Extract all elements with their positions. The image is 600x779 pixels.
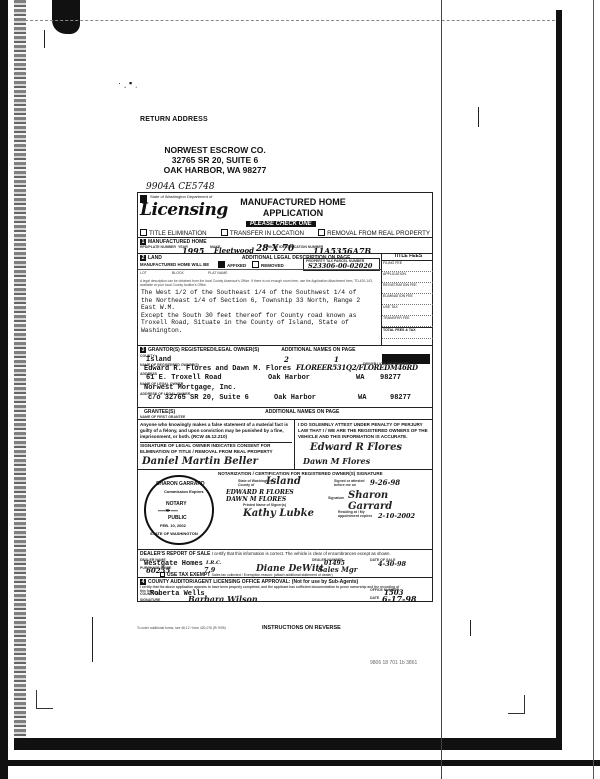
section-number: 3	[140, 347, 146, 353]
title-fees-column: TITLE FEES FILING FEE APPLICATION REGIST…	[381, 253, 433, 345]
signature-section: Anyone who knowingly makes a false state…	[138, 419, 432, 470]
form-footer-note: To order additional forms, see 46.12 / f…	[137, 626, 226, 630]
checkbox[interactable]	[318, 229, 325, 236]
owner-value: Edward R. Flores and Dawn M. Flores	[144, 365, 291, 373]
option-removal[interactable]: REMOVAL FROM REAL PROPERTY	[318, 229, 430, 237]
affixed-option[interactable]: AFFIXED	[218, 261, 246, 268]
additional-names-label: ADDITIONAL NAMES ON PAGE	[265, 409, 339, 415]
field-label: BLOCK	[172, 271, 184, 275]
legal-owner-value: Norwest Mortgage, Inc.	[144, 384, 236, 392]
legal-line: The West 1/2 of the Southeast 1/4 of the…	[141, 289, 377, 297]
fee-item: APPLICATION	[382, 272, 433, 283]
notary-county: Island	[266, 476, 301, 487]
form-title-line2: APPLICATION	[228, 208, 358, 219]
crop-mark	[508, 695, 525, 714]
reference-number: 9904A CE5748	[146, 182, 215, 192]
divider	[294, 420, 295, 470]
signer-name: DAWN M FLORES	[226, 496, 286, 503]
section-title: LAND	[148, 255, 162, 261]
crop-mark	[44, 30, 45, 48]
section-number: 2	[140, 255, 146, 261]
scan-top-line	[20, 20, 560, 22]
lot-block-row: LOT BLOCK PLAT NAME	[138, 269, 381, 278]
county-approval-section: 4COUNTY AUDITOR/AGENT LICENSING OFFICE A…	[138, 577, 432, 602]
scan-specks: · ˏ ▪ ˌ	[118, 78, 138, 88]
legal-state-value: WA	[358, 394, 366, 402]
form-title: MANUFACTURED HOME APPLICATION	[228, 197, 358, 219]
title-fees-header: TITLE FEES	[382, 253, 433, 261]
seal-state: STATE OF WASHINGTON	[150, 531, 198, 536]
field-label: Signature	[328, 496, 344, 500]
checkbox[interactable]	[252, 261, 259, 268]
removed-option[interactable]: REMOVED	[252, 261, 284, 268]
recording-stamp: 9806 18 701 1b 3861	[370, 660, 417, 666]
agency-logo-text: Licensing	[140, 200, 220, 220]
option-transfer-location[interactable]: TRANSFER IN LOCATION	[221, 229, 304, 237]
legal-city-value: Oak Harbor	[274, 394, 316, 402]
manufactured-home-application-form: State of Washington Department of Licens…	[137, 192, 433, 602]
fee-total: TOTAL FEES & TAX	[382, 327, 433, 339]
scan-frame-right	[556, 10, 562, 740]
perjury-warning: Anyone who knowingly makes a false state…	[140, 422, 292, 440]
option-label: TITLE ELIMINATION	[149, 230, 207, 237]
attest-statement: I DO SOLEMNLY ATTEST UNDER PENALTY OF PE…	[298, 422, 430, 440]
option-label: TRANSFER IN LOCATION	[230, 230, 304, 237]
fee-item: REGISTRATION FEE	[382, 283, 433, 294]
field-label: Printed Name of Signer(s)	[243, 503, 286, 507]
owner1-signature: Edward R Flores	[310, 442, 402, 453]
witness-signature: Kathy Lubke	[243, 508, 314, 519]
city-value: Oak Harbor	[268, 374, 310, 382]
dealer-report-section: DEALER'S REPORT OF SALE I certify that t…	[138, 549, 432, 578]
crop-mark	[36, 690, 53, 709]
fee-item: ELIMINATION FEE	[382, 294, 433, 305]
crop-mark	[470, 620, 471, 636]
section-title: GRANTOR(S) REGISTERED/LEGAL OWNER(S)	[148, 347, 259, 353]
field-label: DATE	[370, 596, 379, 600]
seal-pen-icon: —✒—	[158, 507, 178, 515]
legal-instruction: A legal description can be obtained from…	[140, 279, 378, 287]
field-label: LOT	[140, 271, 147, 275]
dealer-header: DEALER'S REPORT OF SALE I certify that t…	[140, 551, 391, 557]
consent-statement: SIGNATURE OF LEGAL OWNER INDICATES CONSE…	[140, 442, 292, 455]
scan-edge-bottom	[0, 760, 600, 766]
agency-name: State of Washington Department of	[150, 195, 220, 199]
scan-blot	[52, 0, 80, 34]
notarization-section: NOTARIZATION / CERTIFICATION FOR REGISTE…	[138, 469, 432, 550]
fee-item: TRANSFER FEE	[382, 316, 433, 327]
option-label: REMOVED	[261, 263, 284, 268]
return-address: NORWEST ESCROW CO. 32765 SR 20, SUITE 6 …	[150, 145, 280, 175]
approval-date: 6-17-98	[382, 594, 416, 604]
address-value: 61 E. Troxell Road	[146, 374, 222, 382]
form-title-line1: MANUFACTURED HOME	[228, 197, 358, 208]
scan-edge-left	[0, 0, 8, 779]
legal-line: Washington.	[141, 327, 377, 335]
state-value: WA	[356, 374, 364, 382]
return-address-line: OAK HARBOR, WA 98277	[150, 165, 280, 175]
checkbox-checked[interactable]	[218, 261, 225, 268]
zip-value: 98277	[380, 374, 401, 382]
option-title-elimination[interactable]: TITLE ELIMINATION	[140, 229, 207, 237]
legal-description: The West 1/2 of the Southeast 1/4 of the…	[141, 289, 377, 335]
field-label: Signed or attested before me on	[334, 479, 374, 487]
auditor-signature: Barbara Wilson	[188, 594, 258, 604]
will-be-label: MANUFACTURED HOME WILL BE	[140, 262, 209, 267]
notary-seal: SHARON GARRARD Commission Expires NOTARY…	[144, 475, 214, 545]
checkbox[interactable]	[140, 229, 147, 236]
fee-item: FILING FEE	[382, 261, 433, 272]
owner2-signature: Dawn M Flores	[303, 456, 370, 466]
legal-line: Troxell Road, Situate in the County of I…	[141, 319, 377, 327]
return-address-line: NORWEST ESCROW CO.	[150, 145, 280, 155]
dealer-statement: I certify that this information is corre…	[212, 551, 391, 556]
option-label: AFFIXED	[227, 263, 246, 268]
field-label: PLAT NAME	[208, 271, 228, 275]
checkbox[interactable]	[221, 229, 228, 236]
commission-date: 2-10-2002	[378, 512, 415, 520]
application-type-options: TITLE ELIMINATION TRANSFER IN LOCATION R…	[140, 229, 430, 237]
legal-owner-signature: Daniel Martin Beller	[142, 456, 258, 467]
field-label: Residing at / My appointment expires	[338, 510, 378, 518]
seal-date: FEB. 10, 2002	[160, 523, 186, 528]
seal-public: PUBLIC	[168, 515, 187, 521]
crop-mark	[478, 107, 479, 127]
section-manufactured-home: 1MANUFACTURED HOME RPD/PLATE NUMBER YEAR…	[138, 237, 432, 254]
return-address-line: 32765 SR 20, SUITE 6	[150, 155, 280, 165]
page-value: 2	[284, 355, 289, 364]
legal-line: Except the South 30 feet thereof for Cou…	[141, 312, 377, 320]
fold-line	[441, 0, 442, 779]
page-edge-right	[593, 0, 594, 779]
return-address-label: RETURN ADDRESS	[140, 116, 208, 123]
crop-mark	[92, 617, 93, 662]
legal-line: the Northeast 1/4 of Section 6, Township…	[141, 297, 377, 305]
seal-name: SHARON GARRARD	[156, 481, 205, 487]
legal-zip-value: 98277	[390, 394, 411, 402]
instructions-note: INSTRUCTIONS ON REVERSE	[262, 625, 341, 631]
seal-commission: Commission Expires	[164, 489, 204, 494]
licensing-logo: State of Washington Department of Licens…	[140, 195, 220, 223]
scan-frame-bottom	[14, 738, 562, 750]
scan-barcode-strip	[14, 0, 26, 740]
check-one-banner: PLEASE CHECK ONE	[246, 221, 316, 227]
field-label: SIGNATURE	[140, 598, 160, 602]
additional-names-label: ADDITIONAL NAMES ON PAGE	[281, 347, 355, 353]
option-label: REMOVAL FROM REAL PROPERTY	[327, 230, 430, 237]
sale-date-value: 4-30-98	[378, 560, 406, 568]
dealer-title: DEALER'S REPORT OF SALE	[140, 551, 210, 557]
section-grantors: 3GRANTOR(S) REGISTERED/LEGAL OWNER(S)ADD…	[138, 345, 432, 408]
signer-name: EDWARD R FLORES	[226, 489, 294, 496]
fee-item: USE TAX	[382, 305, 433, 316]
field-label: RPD/PLATE NUMBER	[140, 245, 176, 249]
legal-line: East W.M.	[141, 304, 377, 312]
legal-address-value: c/o 32765 SR 20, Suite 6	[148, 394, 249, 402]
signed-date: 9-26-98	[370, 478, 400, 487]
notary-signature: Sharon Garrard	[348, 490, 432, 512]
license-value: FLOREER531Q2/FLOREDM46RD	[296, 363, 418, 372]
